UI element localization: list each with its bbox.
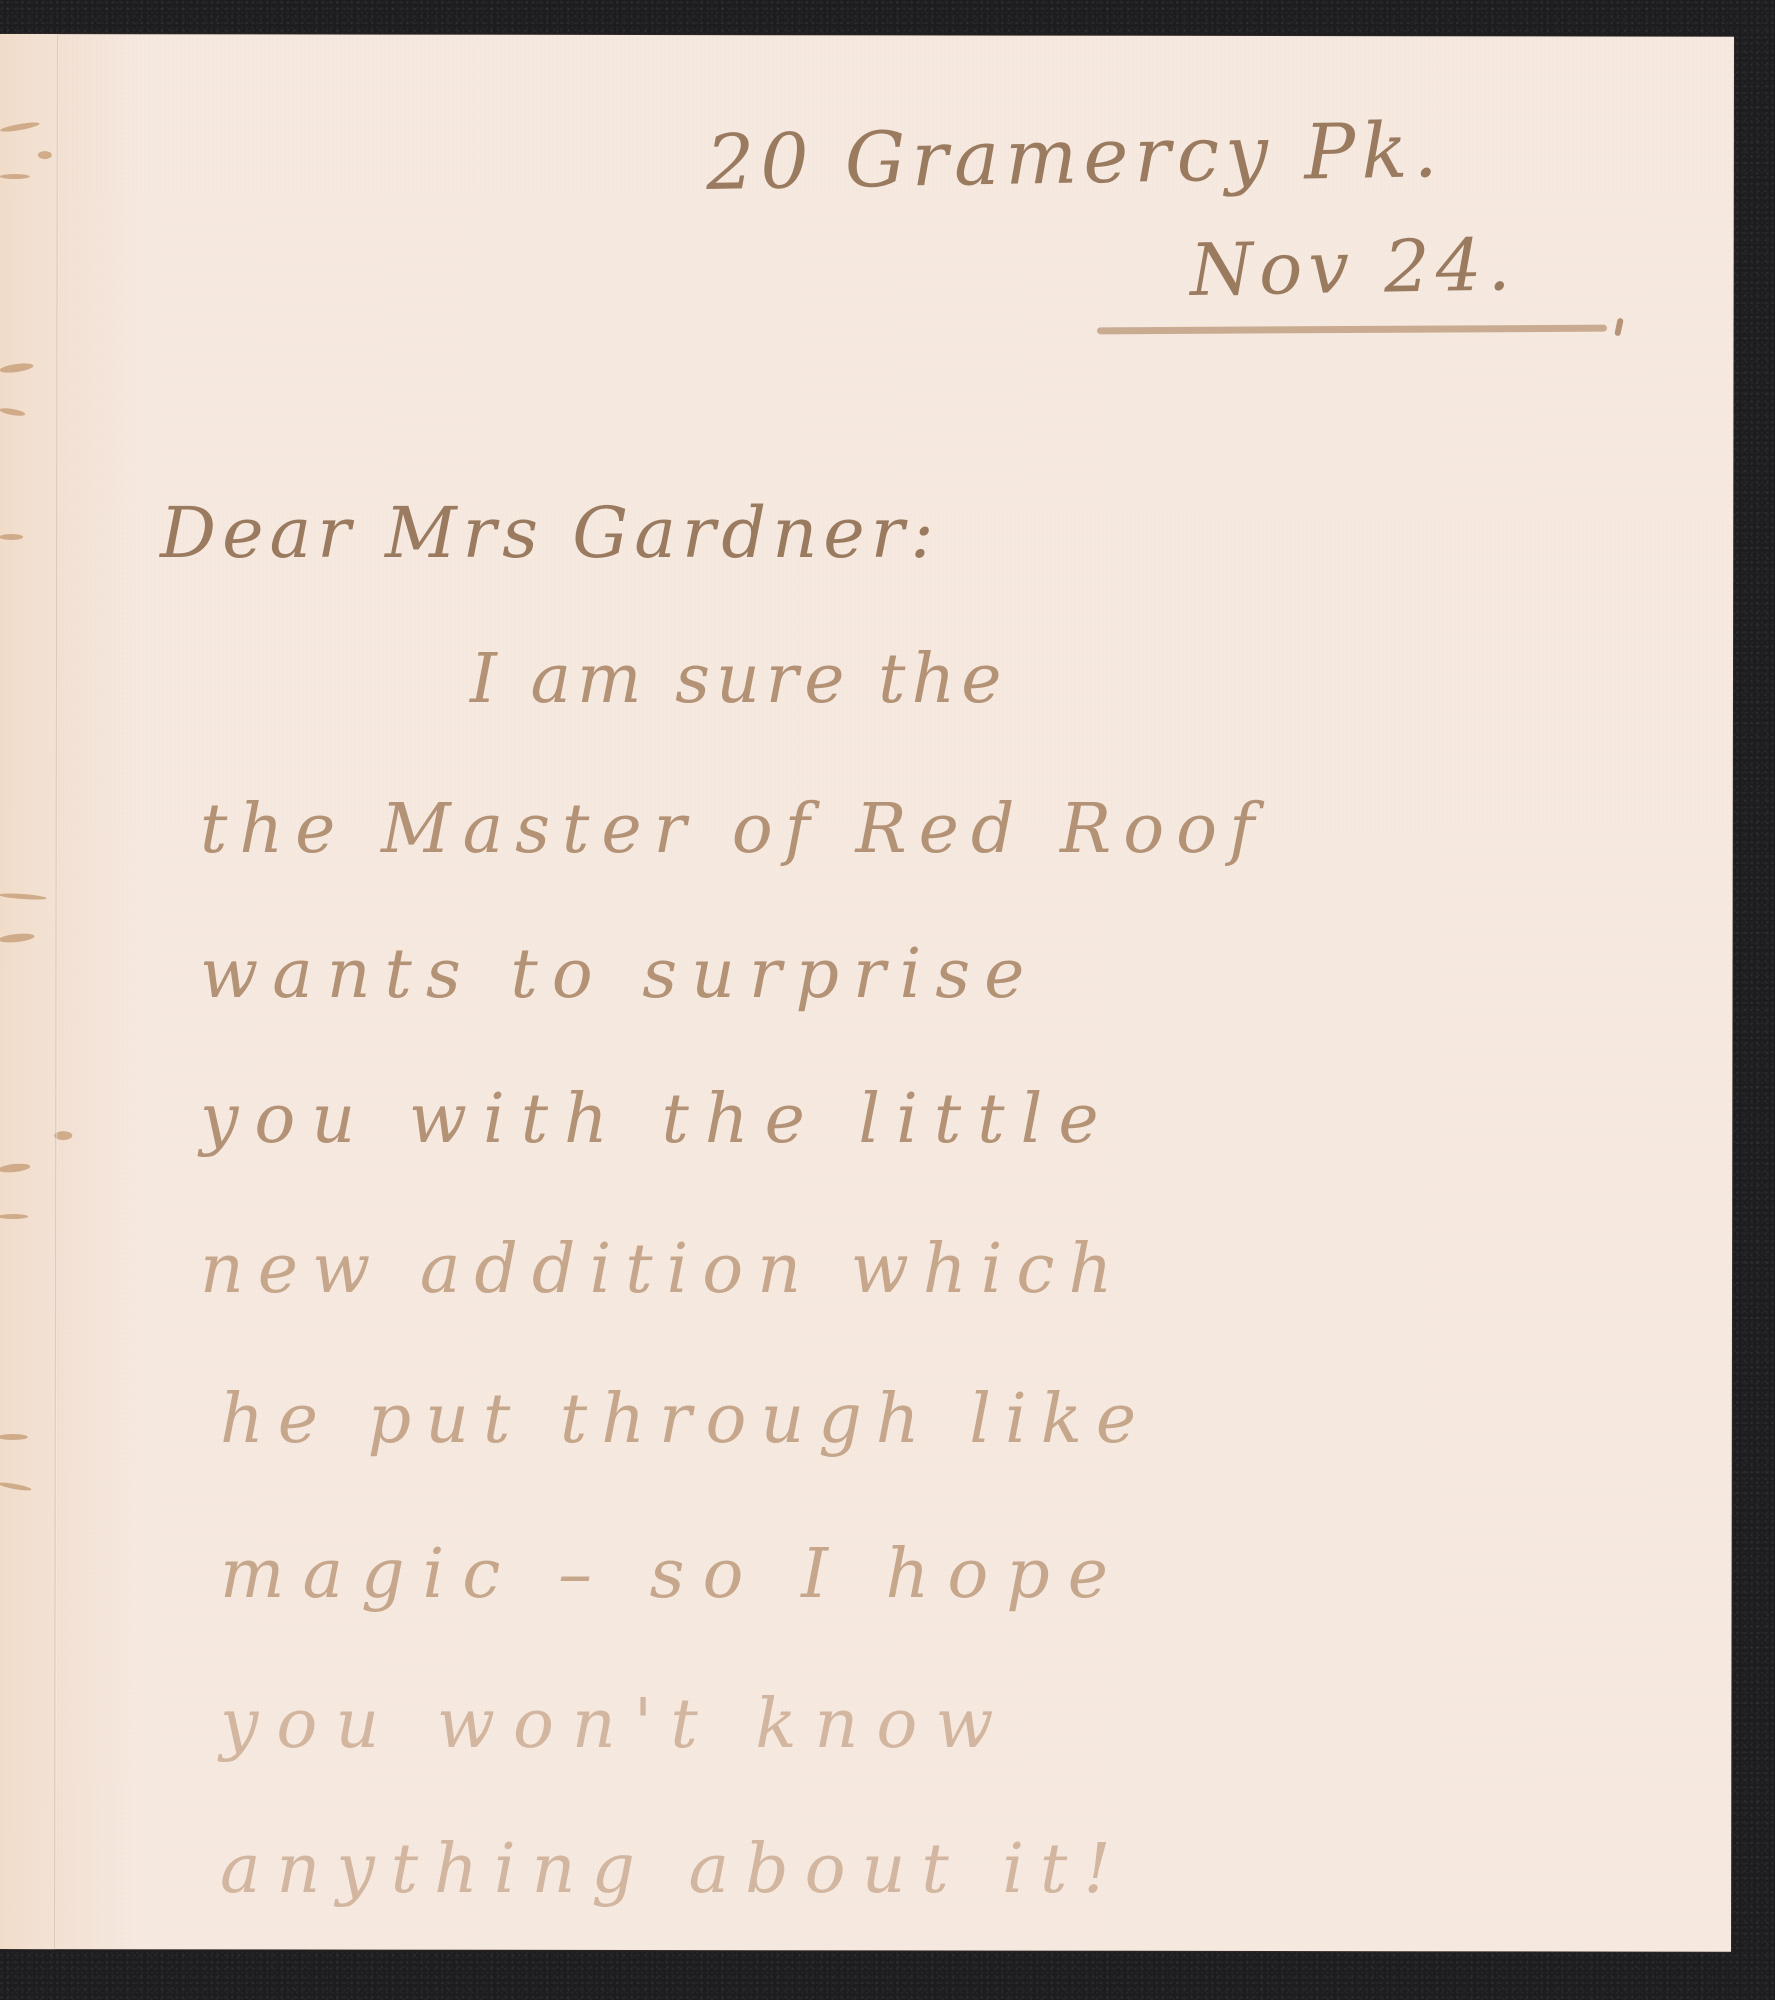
facing-page-edge: [0, 34, 58, 1949]
facing-page-ink-mark: [0, 174, 30, 179]
letter-body-line: magic – so I hope: [220, 1535, 1126, 1614]
facing-page-ink-mark: [38, 151, 52, 159]
letter-body-line: I am sure the: [470, 640, 1008, 719]
letter-salutation: Dear Mrs Gardner:: [160, 492, 940, 574]
letter-body-line: you with the little: [200, 1080, 1115, 1159]
facing-page-ink-mark: [0, 932, 35, 944]
letter-date: Nov 24.: [1189, 222, 1517, 312]
facing-page-ink-mark: [0, 121, 40, 134]
facing-page-ink-mark: [0, 407, 26, 417]
letter-body-line: new addition which: [200, 1230, 1126, 1309]
facing-page-ink-mark: [0, 892, 47, 900]
letter-address: 20 Gramercy Pk.: [705, 105, 1444, 207]
facing-page-ink-mark: [0, 1481, 32, 1492]
letter-body-line: anything about it!: [220, 1830, 1127, 1909]
letter-body-line: the Master of Red Roof: [200, 790, 1266, 869]
letter-body-line: wants to surprise: [200, 935, 1038, 1014]
facing-page-ink-mark: [0, 1434, 28, 1440]
facing-page-ink-mark: [0, 1214, 28, 1219]
facing-page-ink-mark: [0, 1162, 31, 1173]
facing-page-ink-mark: [0, 362, 34, 375]
letter-body-line: you won't know: [220, 1685, 1011, 1764]
letter-body-line: he put through like: [220, 1380, 1150, 1459]
facing-page-ink-mark: [0, 534, 23, 540]
